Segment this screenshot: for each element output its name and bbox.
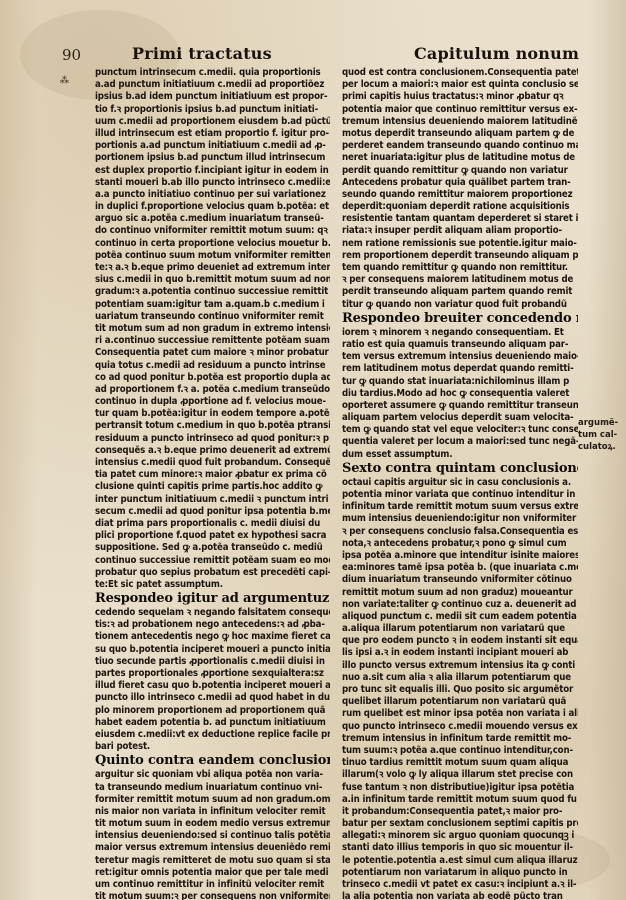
- text-line: residuum a puncto intrinseco ad quod pon…: [95, 433, 330, 445]
- text-line: cedendo sequelam ꝛ negando falsitatem co…: [95, 607, 330, 619]
- text-line: neret inuariata:igitur plus de latitudin…: [342, 152, 578, 164]
- text-line: gradum:ꝛ a.potentia continuo successiue …: [95, 286, 330, 298]
- text-line: perderet eandem transeundo quando contin…: [342, 140, 578, 152]
- text-line: do continuo vniformiter remittit motum s…: [95, 225, 330, 237]
- text-line: a.aliqua illarum potentiarum non variata…: [342, 623, 578, 635]
- text-line: potentia maior que continuo remittitur v…: [342, 104, 578, 116]
- text-line: pro tunc sit equalis illi. Quo posito si…: [342, 684, 578, 696]
- text-line: perdit quando remittitur ꝙ quando non va…: [342, 165, 578, 177]
- text-line: ret:igitur omnis potentia maior que per …: [95, 867, 330, 879]
- text-line: formiter remittit motum suum ad non grad…: [95, 794, 330, 806]
- text-line: illo puncto versus extremum intensius it…: [342, 660, 578, 672]
- text-line: aliquam partem velocius deperdit suam ve…: [342, 412, 578, 424]
- text-line: tem ꝙ quando stat vel eque velociter:ꝛ t…: [342, 424, 578, 436]
- margin-mark: ⁂: [60, 76, 69, 86]
- text-line: rem proportionem deperdit transeundo ali…: [342, 250, 578, 262]
- text-line: in duplici f.proportione velocius quam b…: [95, 201, 330, 213]
- text-line: fuse tantum ꝛ non distributiue)igitur ip…: [342, 782, 578, 794]
- text-line: que pro eodem puncto ꝛ in eodem instanti…: [342, 635, 578, 647]
- text-line: pertransit totum c.medium in quo b.potẽa…: [95, 420, 330, 432]
- text-line: ri a.continuo successiue remittente potẽ…: [95, 335, 330, 347]
- text-line: seundo quando remittitur maiorem proport…: [342, 189, 578, 201]
- text-line: quelibet illarum potentiarum non variata…: [342, 696, 578, 708]
- text-line: rem latitudinem motus deperdat quando re…: [342, 363, 578, 375]
- text-line: it probandum:Consequentia patet,ꝛ maior …: [342, 806, 578, 818]
- text-line: maior versus extremum intensius deueniẽd…: [95, 842, 330, 854]
- text-line: punctum intrinsecum c.medii. quia propor…: [95, 67, 330, 79]
- text-line: tia patet cum minore:ꝛ maior ꝓbatur ex p…: [95, 469, 330, 481]
- text-line: continuo in dupla ꝓportione ad f. veloci…: [95, 396, 330, 408]
- text-line: quia totus c.medii ad residuum a puncto …: [95, 360, 330, 372]
- text-line: iorem ꝛ minorem ꝛ negando consequentiam.…: [342, 327, 578, 339]
- text-line: tiuo secunde partis ꝓportionalis c.medii…: [95, 656, 330, 668]
- right-paragraph-2: iorem ꝛ minorem ꝛ negando consequentiam.…: [342, 327, 578, 461]
- text-line: portionem ipsius b.ad punctum illud intr…: [95, 152, 330, 164]
- text-line: diu tardius.Modo ad hoc ꝙ consequentia v…: [342, 388, 578, 400]
- text-line: tur ꝙ quando stat inuariata:nichilominus…: [342, 376, 578, 388]
- text-line: allegati:ꝛ minorem sic arguo quoniam quo…: [342, 830, 578, 842]
- text-line: a.ad punctum initiatiuum c.medii ad prop…: [95, 79, 330, 91]
- text-line: nuo a.sit cum alia ꝛ alia illarum potent…: [342, 672, 578, 684]
- text-line: dium inuariatum transeundo vniformiter c…: [342, 574, 578, 586]
- text-line: uum c.medii ad proportionem eiusdem b.ad…: [95, 116, 330, 128]
- running-head-left: Primi tractatus: [132, 44, 272, 63]
- text-line: plici proportione f.quod patet ex hypoth…: [95, 530, 330, 542]
- text-line: lis ipsi a.ꝛ in eodem instanti incipiant…: [342, 647, 578, 659]
- text-line: a.in infinitum tarde remittit motum suum…: [342, 794, 578, 806]
- text-line: secum c.medii ad quod ponitur ipsa poten…: [95, 506, 330, 518]
- text-line: resistentie tantam quantam deperderet si…: [342, 213, 578, 225]
- folio-number: 90: [62, 46, 81, 64]
- text-line: su quo b.potentia inciperet moueri a pun…: [95, 644, 330, 656]
- text-line: habet eadem potentia b. ad punctum initi…: [95, 717, 330, 729]
- text-line: stanti moueri b.ab illo puncto intrinsec…: [95, 177, 330, 189]
- section-heading-quinto: Quinto contra eandem conclusionez: [95, 753, 330, 769]
- text-line: la alia potentia non variata ab eodẽ pũc…: [342, 891, 578, 900]
- text-line: octaui capitis arguitur sic in casu conc…: [342, 477, 578, 489]
- running-head-right: Capitulum nonum: [414, 44, 579, 63]
- text-line: nem ratione remissionis sue potentie.igi…: [342, 238, 578, 250]
- text-line: illarum(ꝛ volo ꝙ ly aliqua illarum stet …: [342, 769, 578, 781]
- left-paragraph-1: punctum intrinsecum c.medii. quia propor…: [95, 67, 330, 591]
- text-line: tio f.ꝛ proportionis ipsius b.ad punctum…: [95, 104, 330, 116]
- text-line: riata:ꝛ insuper perdit aliquam aliam pro…: [342, 225, 578, 237]
- text-line: rum quelibet est minor ipsa potẽa non va…: [342, 708, 578, 720]
- text-line: ratio est quia quamuis transeundo aliqua…: [342, 339, 578, 351]
- text-line: infinitum tarde remittit motum suum vers…: [342, 501, 578, 513]
- text-line: Consequentia patet cum maiore ꝛ minor pr…: [95, 347, 330, 359]
- text-line: ꝛ per consequens maiorem latitudinem mot…: [342, 274, 578, 286]
- text-line: aliquod punctum c. medii sit cum eadem p…: [342, 611, 578, 623]
- text-line: sius c.medii in quo b.remittit motum suu…: [95, 274, 330, 286]
- text-line: ad proportionem f.ꝛ a. potẽa c.medium tr…: [95, 384, 330, 396]
- text-line: tis:ꝛ ad probationem nego antecedens:ꝛ a…: [95, 619, 330, 631]
- text-line: tionem antecedentis nego ꝙ hoc maxime fi…: [95, 631, 330, 643]
- section-heading-respondeo: Respondeo igitur ad argumentuz cõ: [95, 591, 330, 607]
- text-line: suppositione. Sed ꝙ a.potẽa transeũdo c.…: [95, 542, 330, 554]
- text-line: arguitur sic quoniam vbi aliqua potẽa no…: [95, 769, 330, 781]
- text-line: remittit motum suum ad non graduz) mouea…: [342, 587, 578, 599]
- text-line: tum cal-: [578, 430, 618, 442]
- text-line: continuo in certa proportione velocius m…: [95, 238, 330, 250]
- text-line: puncto illo intrinseco c.medii ad quod h…: [95, 692, 330, 704]
- text-line: te:ꝛ a.ꝛ b.eque primo deueniet ad extrem…: [95, 262, 330, 274]
- section-heading-respondeo-breuiter: Respondeo breuiter concedendo ma-: [342, 311, 578, 327]
- text-line: ta transeundo medium inuariatum continuo…: [95, 782, 330, 794]
- text-line: tem versus extremum intensius deueniendo…: [342, 351, 578, 363]
- text-line: ꝛ per consequens conclusio falsa.Consequ…: [342, 526, 578, 538]
- text-line: ipsa potẽa a.minore que intenditur isini…: [342, 550, 578, 562]
- text-line: tremum intensius in infinitum tarde remi…: [342, 733, 578, 745]
- text-line: le potentie.potentia a.est simul cum ali…: [342, 855, 578, 867]
- text-line: stanti dato illius temporis in quo sic m…: [342, 842, 578, 854]
- text-line: eiusdem c.medii:vt ex deductione replice…: [95, 729, 330, 741]
- text-line: dum esset assumptum.: [342, 449, 578, 461]
- text-line: inter punctum initiatiuum c.medii ꝛ punc…: [95, 494, 330, 506]
- text-line: tremum intensius deueniendo maiorem lati…: [342, 116, 578, 128]
- text-line: nis maior non variata in infinitum veloc…: [95, 806, 330, 818]
- text-line: potentia minor variata que continuo inte…: [342, 489, 578, 501]
- text-line: nota,ꝛ antecedens probatur,ꝛ pono ꝙ simu…: [342, 538, 578, 550]
- text-line: potẽa continuo suum motum vniformiter re…: [95, 250, 330, 262]
- text-line: potentiam suam:igitur tam a.quam.b c.med…: [95, 299, 330, 311]
- text-line: intensius deueniendo:sed si continuo tal…: [95, 830, 330, 842]
- text-line: intensius c.medii quod fuit probandum. C…: [95, 457, 330, 469]
- text-line: uariatum transeundo continuo vniformiter…: [95, 311, 330, 323]
- text-line: deperdit:quoniam deperdit ratione acquis…: [342, 201, 578, 213]
- marginal-note: argumẽ-tum cal-culatoꝝ.: [578, 418, 618, 455]
- text-line: oporteret assumere ꝙ quando remittitur t…: [342, 400, 578, 412]
- text-line: primi capitis huius tractatus:ꝛ minor ꝓb…: [342, 91, 578, 103]
- text-line: illud fieret casu quo b.potentia inciper…: [95, 680, 330, 692]
- text-line: co ad quod ponitur b.potẽa est proportio…: [95, 372, 330, 384]
- text-line: est duplex proportio f.incipiant igitur …: [95, 165, 330, 177]
- text-line: teretur magis remitteret de motu suo qua…: [95, 855, 330, 867]
- text-line: motus deperdit transeundo aliquam partem…: [342, 128, 578, 140]
- text-line: tit motum suum:ꝛ per consequens non vnif…: [95, 891, 330, 900]
- text-line: tit motum sum ad non gradum in extremo i…: [95, 323, 330, 335]
- text-line: ea:minores tamẽ ipsa potẽa b. (que inuar…: [342, 562, 578, 574]
- right-paragraph-3: octaui capitis arguitur sic in casu conc…: [342, 477, 578, 900]
- text-line: te:Et sic patet assumptum.: [95, 579, 330, 591]
- text-line: quod est contra conclusionem.Consequenti…: [342, 67, 578, 79]
- text-line: per locum a maiori:ꝛ maior est quinta co…: [342, 79, 578, 91]
- text-line: um continuo remittitur in infinitũ veloc…: [95, 879, 330, 891]
- text-line: illud intrinsecum est etiam proportio f.…: [95, 128, 330, 140]
- right-column: quod est contra conclusionem.Consequenti…: [342, 67, 578, 900]
- text-line: diat prima pars proportionalis c. medii …: [95, 518, 330, 530]
- text-line: a.a puncto initiatiuo continuo per sui v…: [95, 189, 330, 201]
- text-line: quentia valeret per locum a maiori:sed t…: [342, 436, 578, 448]
- text-line: tinuo tardius remittit motum suum quam a…: [342, 757, 578, 769]
- text-line: culatoꝝ.: [578, 442, 618, 454]
- text-line: consequẽs a.ꝛ b.eque primo deuenerit ad …: [95, 445, 330, 457]
- section-heading-sexto: Sexto contra quintam conclusionez: [342, 461, 578, 477]
- left-column: punctum intrinsecum c.medii. quia propor…: [95, 67, 330, 900]
- text-line: tur quam b.potẽa:igitur in eodem tempore…: [95, 408, 330, 420]
- text-line: trinseco c.medii vt patet ex casu:ꝛ inci…: [342, 879, 578, 891]
- text-line: quo puncto intrinseco c.medii mouendo ve…: [342, 721, 578, 733]
- text-line: tem quando remittitur ꝙ quando non remit…: [342, 262, 578, 274]
- left-paragraph-3: arguitur sic quoniam vbi aliqua potẽa no…: [95, 769, 330, 900]
- text-line: partes proportionales ꝓportione sexquial…: [95, 668, 330, 680]
- text-line: tit motum suum in eodem medio versus ext…: [95, 818, 330, 830]
- text-line: arguo sic a.potẽa c.medium inuariatum tr…: [95, 213, 330, 225]
- text-line: Antecedens probatur quia quãlibet partem…: [342, 177, 578, 189]
- text-line: ipsius b.ad idem punctum initiatiuum est…: [95, 91, 330, 103]
- text-line: plo minorem proportionem ad proportionem…: [95, 705, 330, 717]
- text-line: probatur quo sepius probatum est precedẽ…: [95, 567, 330, 579]
- text-line: tum suum:ꝛ potẽa a.que continuo intendit…: [342, 745, 578, 757]
- text-line: perdit transeundo aliquam partem quando …: [342, 286, 578, 298]
- right-paragraph-1: quod est contra conclusionem.Consequenti…: [342, 67, 578, 311]
- text-line: continuo successiue remittit potẽam suam…: [95, 555, 330, 567]
- text-line: bari potest.: [95, 741, 330, 753]
- text-line: clusione quinti capitis prime partis.hoc…: [95, 481, 330, 493]
- text-line: portionis a.ad punctum initiatiuum c.med…: [95, 140, 330, 152]
- text-line: potentiarum non variatarum in aliquo pun…: [342, 867, 578, 879]
- text-line: batur per sextam conclusionem septimi ca…: [342, 818, 578, 830]
- text-line: non variate:taliter ꝙ continuo cuz a. de…: [342, 599, 578, 611]
- left-paragraph-2: cedendo sequelam ꝛ negando falsitatem co…: [95, 607, 330, 753]
- text-line: titur ꝙ quando non variatur quod fuit pr…: [342, 299, 578, 311]
- text-line: argumẽ-: [578, 418, 618, 430]
- text-line: mum intensius deueniendo:igitur non vnif…: [342, 513, 578, 525]
